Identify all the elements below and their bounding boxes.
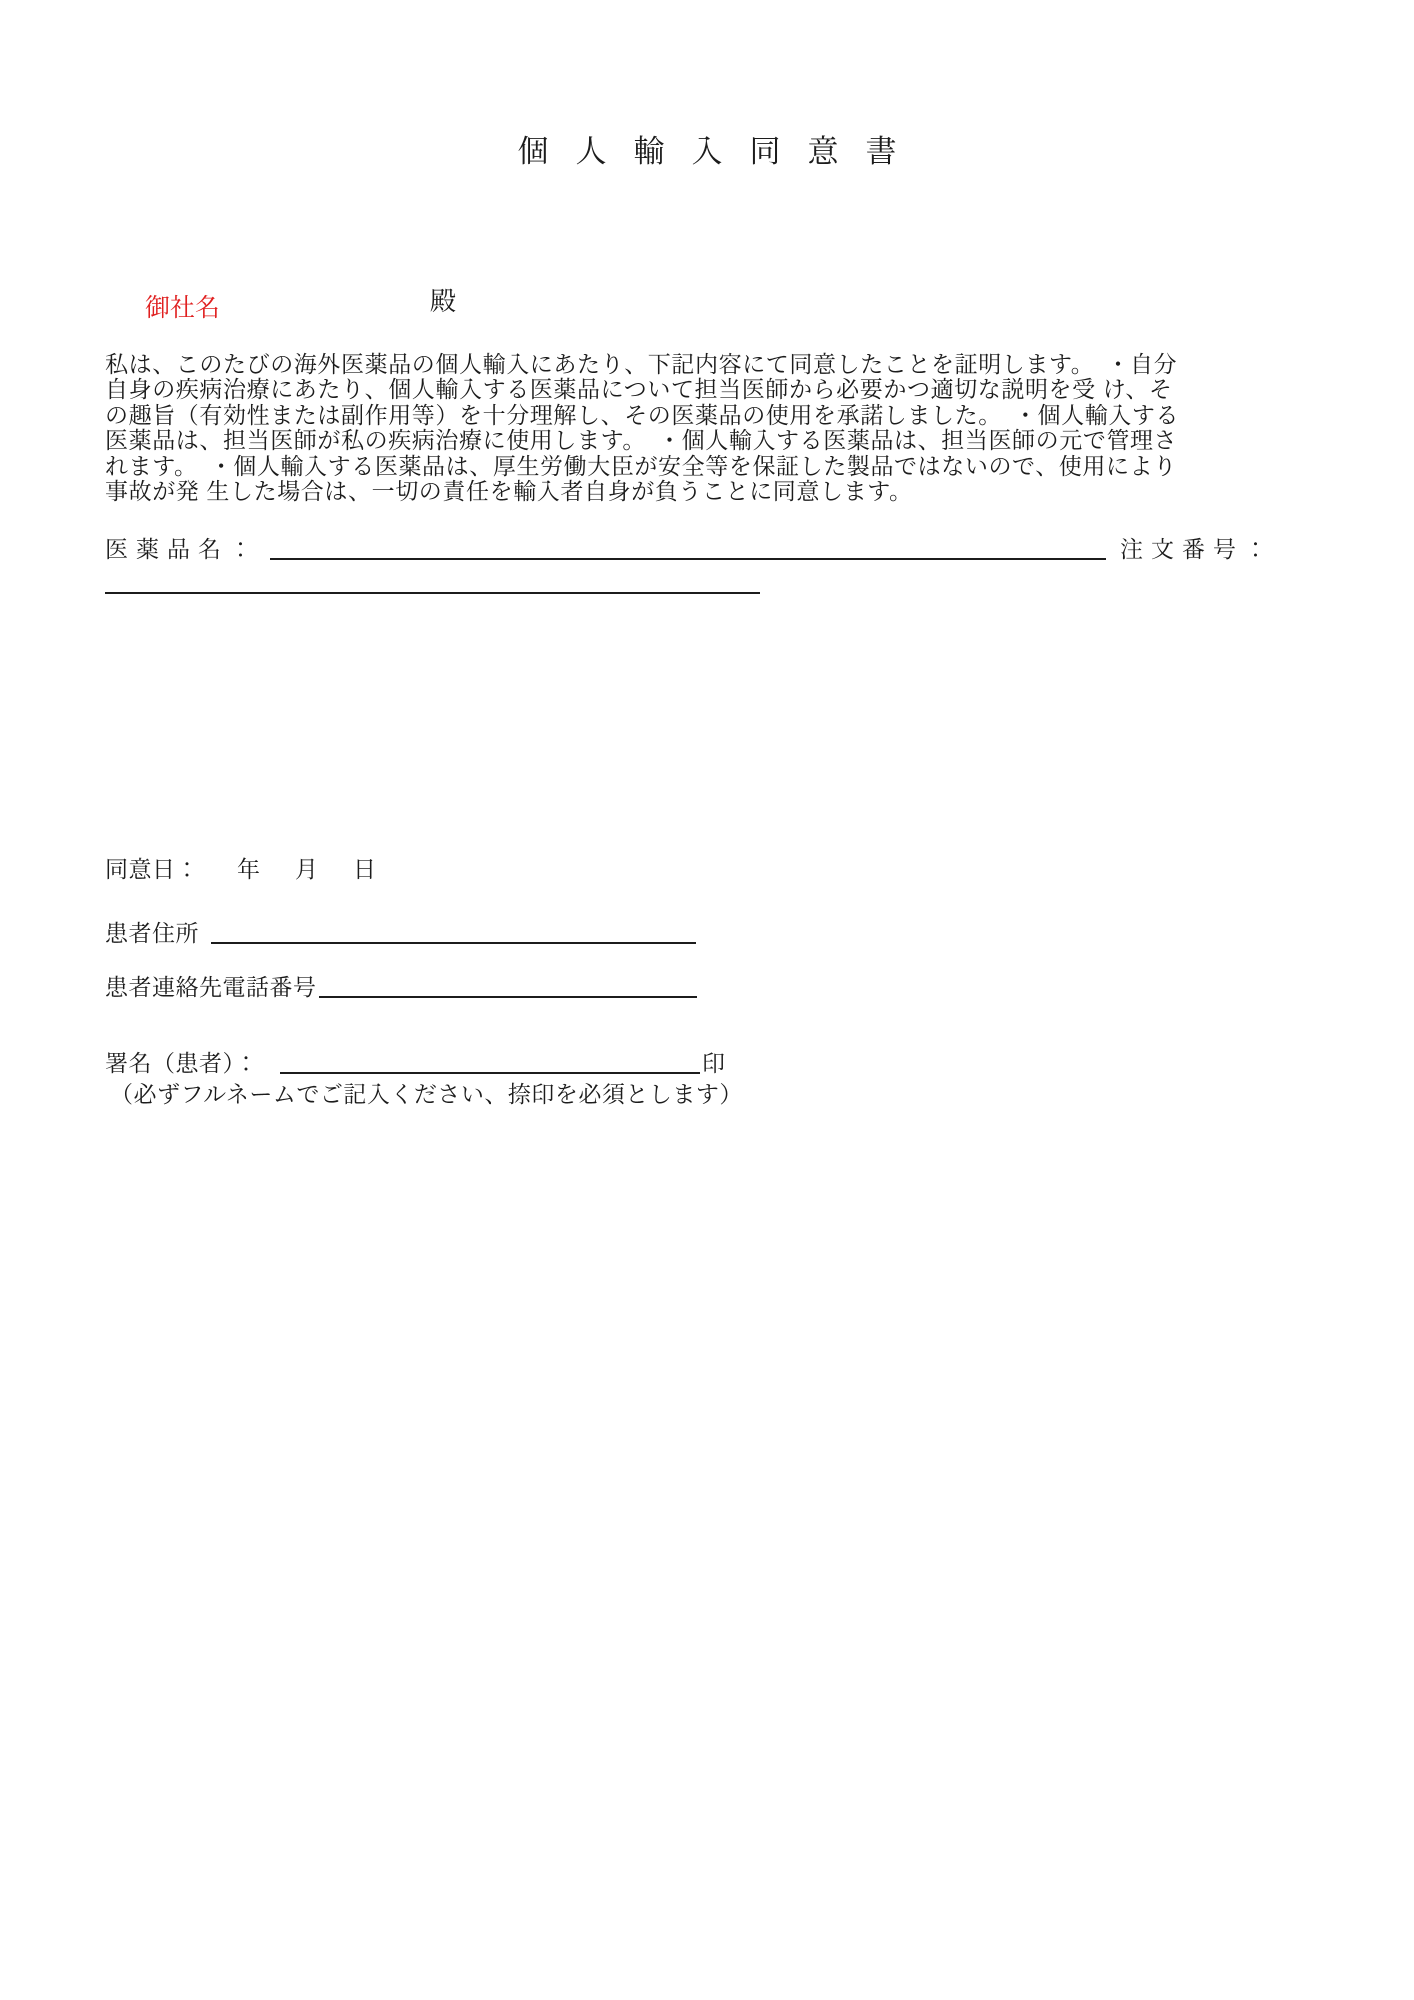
signature-label: 署名（患者）：	[105, 1045, 258, 1078]
consent-date-blanks: 年 月 日	[237, 851, 382, 884]
consent-line-2: 自身の疾病治療にあたり、個人輸入する医薬品について担当医師から必要かつ適切な説明…	[105, 377, 1290, 402]
consent-line-3: の趣旨（有効性または副作用等）を十分理解し、その医薬品の使用を承諾しました。 ・…	[105, 403, 1290, 428]
patient-address-field-line	[211, 941, 696, 944]
consent-date-label: 同意日：	[105, 851, 199, 884]
document-title: 個人輸入同意書	[0, 126, 1414, 171]
honorific-dono: 殿	[430, 281, 456, 318]
consent-date-row: 同意日： 年 月 日	[105, 851, 382, 884]
consent-form-page: 個人輸入同意書 御社名 殿 私は、このたびの海外医薬品の個人輸入にあたり、下記内…	[0, 0, 1414, 2000]
consent-line-4: 医薬品は、担当医師が私の疾病治療に使用します。 ・個人輸入する医薬品は、担当医師…	[105, 428, 1290, 453]
signature-note: （必ずフルネームでご記入ください、捺印を必須とします）	[110, 1076, 743, 1109]
medicine-name-field-line-2	[105, 560, 760, 594]
signature-field-line	[280, 1071, 700, 1074]
patient-phone-row: 患者連絡先電話番号	[105, 969, 697, 1002]
consent-line-1: 私は、このたびの海外医薬品の個人輸入にあたり、下記内容にて同意したことを証明しま…	[105, 352, 1290, 377]
patient-phone-label: 患者連絡先電話番号	[105, 969, 317, 1002]
patient-address-label: 患者住所	[105, 915, 199, 948]
consent-line-5: れます。 ・個人輸入する医薬品は、厚生労働大臣が安全等を保証した製品ではないので…	[105, 454, 1290, 479]
patient-address-row: 患者住所	[105, 915, 696, 948]
company-name-placeholder: 御社名	[145, 288, 220, 324]
order-number-label: 注文番号：	[1120, 531, 1275, 564]
consent-line-6: 事故が発 生した場合は、一切の責任を輸入者自身が負うことに同意します。	[105, 479, 1290, 504]
consent-paragraph: 私は、このたびの海外医薬品の個人輸入にあたり、下記内容にて同意したことを証明しま…	[105, 352, 1290, 504]
signature-row: 署名（患者）： 印	[105, 1045, 726, 1078]
patient-phone-field-line	[319, 995, 697, 998]
seal-mark: 印	[702, 1045, 726, 1078]
